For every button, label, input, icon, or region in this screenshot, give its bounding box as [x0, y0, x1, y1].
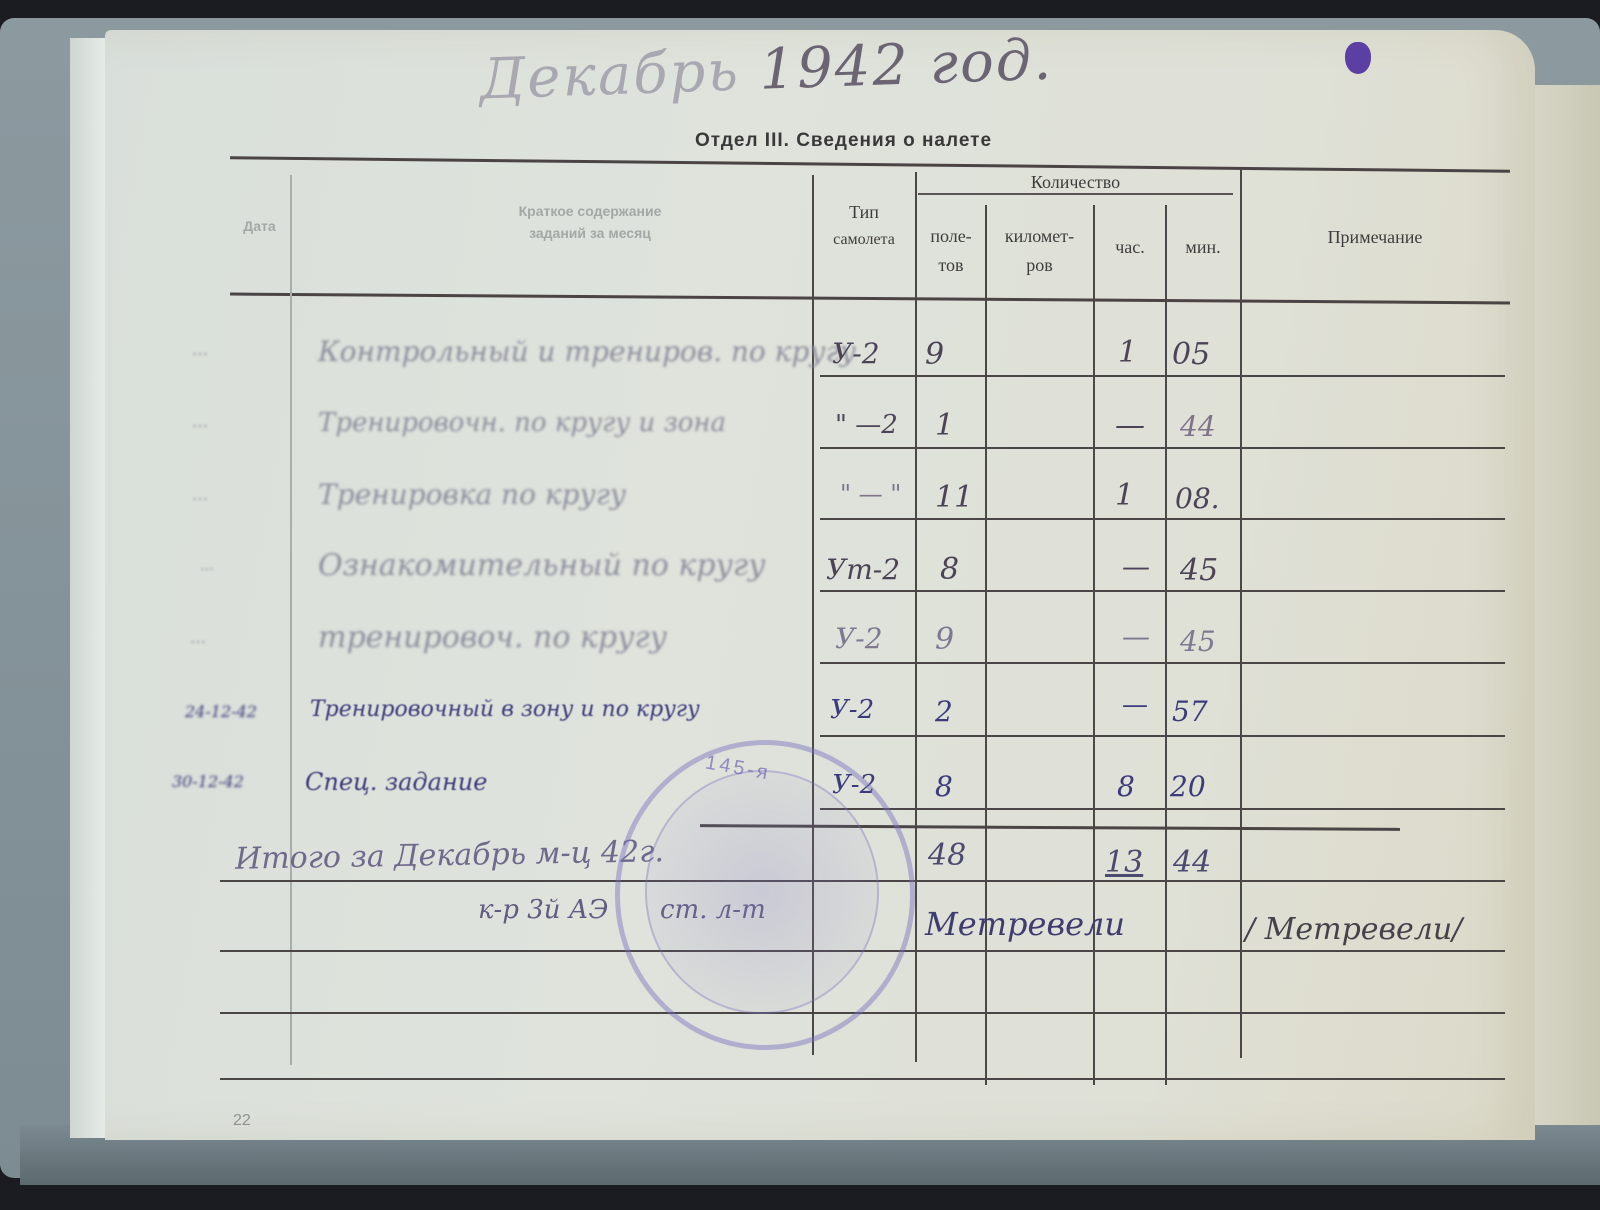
row-aircraft: Ут-2 [826, 553, 900, 586]
row-hours: 1 [1118, 335, 1137, 370]
col-divider-date [290, 175, 292, 1065]
row-content: Тренировка по кругу [318, 478, 626, 511]
row-hours: 8 [1117, 770, 1135, 803]
next-page-edge [1530, 85, 1600, 1125]
header-hours: час. [1095, 233, 1165, 262]
header-content-line2: заданий за месяц [420, 222, 760, 244]
row-minutes: 05 [1172, 337, 1210, 372]
header-flights: поле- тов [918, 222, 984, 280]
row-date: … [192, 485, 208, 504]
header-aircraft-line2: самолета [814, 227, 914, 253]
row-date: 30-12-42 [172, 772, 244, 791]
row-hours: — [1115, 408, 1145, 443]
row-aircraft: " —2 [835, 410, 898, 440]
row-aircraft: У-2 [830, 695, 874, 725]
row-minutes: 44 [1180, 410, 1216, 443]
header-aircraft-line1: Тип [814, 198, 914, 227]
row-minutes: 57 [1172, 695, 1208, 728]
row-content: тренировоч. по кругу [318, 620, 667, 655]
header-date: Дата [232, 215, 287, 237]
total-flights: 48 [928, 838, 966, 873]
row-hours: — [1122, 620, 1150, 653]
unit-stamp: 145-я [615, 740, 915, 1050]
row-hours: 1 [1115, 478, 1134, 513]
row-minutes: 45 [1180, 625, 1216, 658]
row-minutes: 45 [1180, 553, 1218, 588]
commander-label: к-р 3й АЭ [478, 895, 608, 925]
row-line [220, 1078, 1505, 1080]
row-line [820, 590, 1505, 592]
header-aircraft: Тип самолета [814, 198, 914, 252]
month-name: Декабрь [479, 39, 741, 113]
row-line [820, 375, 1505, 377]
row-content: Ознакомительный по кругу [318, 548, 765, 583]
row-content: Контрольный и трениров. по кругу [318, 335, 856, 368]
header-km-line1: километ- [987, 222, 1092, 251]
row-minutes: 20 [1170, 770, 1206, 803]
total-label: Итого за Декабрь м-ц 42г. [235, 834, 664, 876]
col-divider-hours [1093, 205, 1095, 1085]
header-flights-line1: поле- [918, 222, 984, 251]
stamp-emblem [645, 770, 879, 1014]
row-line [820, 518, 1505, 520]
row-flights: 8 [940, 552, 959, 587]
row-aircraft: У-2 [835, 622, 883, 655]
row-line [820, 735, 1505, 737]
page-number: 22 [233, 1112, 251, 1130]
row-aircraft: " — " [840, 480, 901, 508]
row-aircraft: У-2 [832, 337, 880, 370]
col-divider-minutes [1165, 205, 1167, 1085]
header-km: километ- ров [987, 222, 1092, 280]
col-divider-notes [1240, 168, 1242, 1058]
section-title: Отдел III. Сведения о налете [695, 130, 992, 152]
row-date: … [192, 340, 208, 359]
signature-name-printed: / Метревели/ [1245, 912, 1462, 947]
row-line [820, 808, 1505, 810]
ink-blot [1345, 42, 1371, 74]
col-divider-km [985, 205, 987, 1085]
col-divider-flights [915, 172, 917, 1062]
row-line [820, 662, 1505, 664]
header-content-line1: Краткое содержание [420, 200, 760, 222]
row-hours: — [1122, 690, 1148, 720]
year: 1942 год. [758, 28, 1054, 103]
row-date: … [190, 628, 206, 647]
row-date: … [200, 558, 214, 574]
header-minutes: мин. [1167, 233, 1239, 262]
row-flights: 9 [935, 622, 954, 657]
row-flights: 11 [935, 480, 973, 515]
row-content: Спец. задание [305, 768, 487, 796]
row-line [820, 447, 1505, 449]
row-flights: 1 [935, 408, 954, 443]
header-flights-line2: тов [918, 251, 984, 280]
row-minutes: 08. [1175, 482, 1220, 515]
row-date: … [192, 412, 208, 431]
row-content: Тренировочный в зону и по кругу [310, 697, 700, 722]
total-minutes: 44 [1173, 845, 1211, 880]
header-notes: Примечание [1245, 223, 1505, 252]
row-flights: 9 [925, 337, 944, 372]
row-flights: 2 [935, 695, 953, 728]
row-flights: 8 [935, 770, 953, 803]
row-content: Тренировочн. по кругу и зона [318, 408, 726, 438]
header-quantity: Количество [918, 168, 1233, 197]
total-hours: 13 [1105, 845, 1143, 880]
header-content: Краткое содержание заданий за месяц [420, 200, 760, 245]
signature-name: Метревели [925, 905, 1125, 943]
row-date: 24-12-42 [185, 702, 257, 721]
row-hours: — [1122, 550, 1150, 583]
header-km-line2: ров [987, 251, 1092, 280]
